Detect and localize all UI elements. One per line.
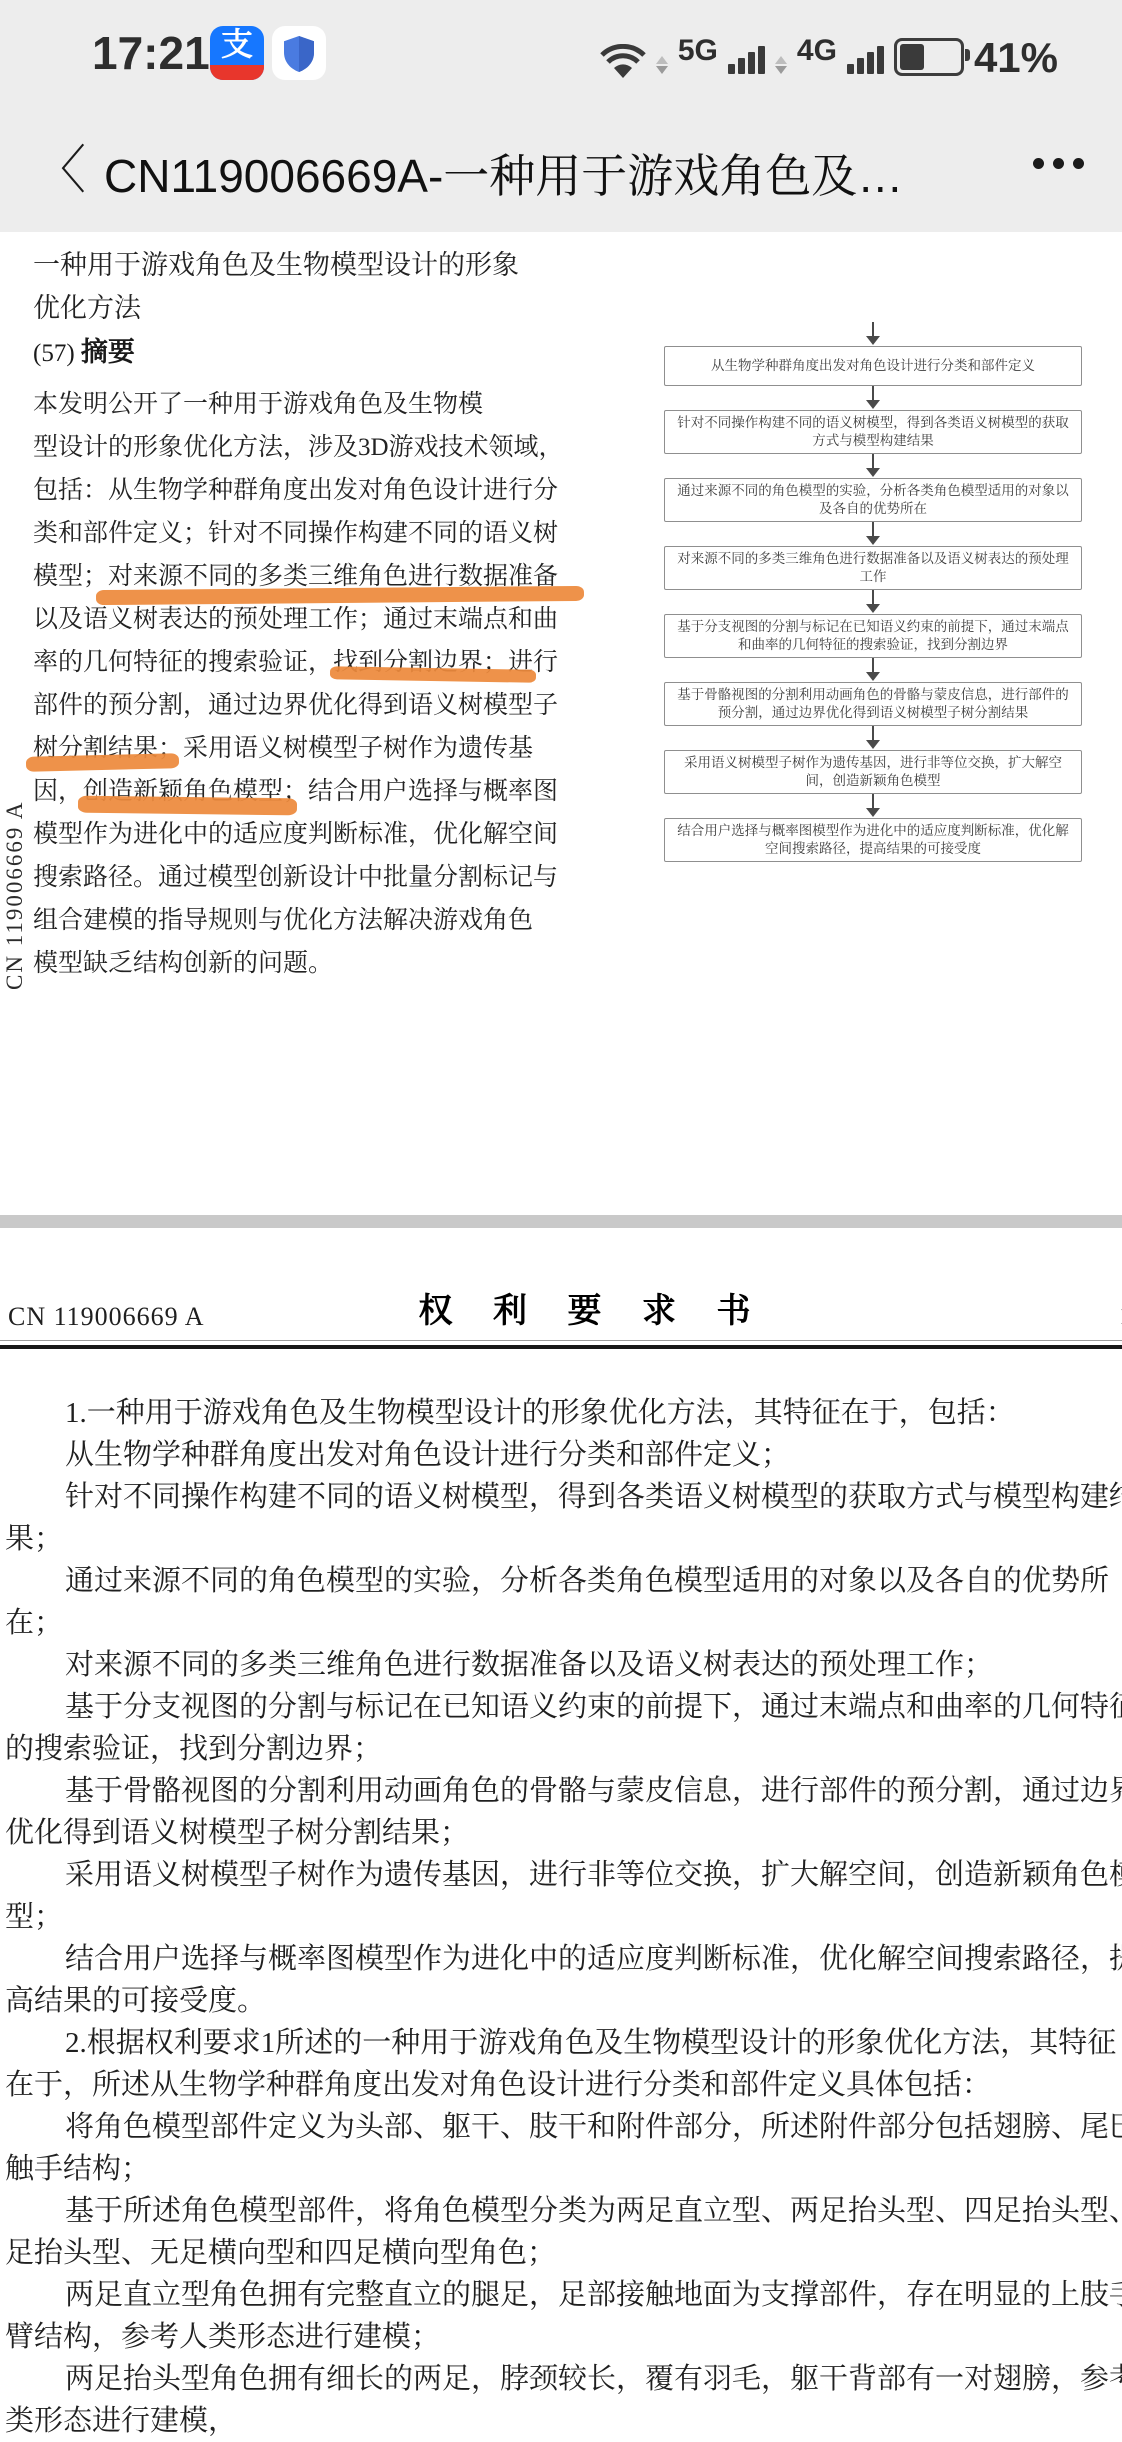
shield-glyph (281, 34, 317, 74)
header-rule-thick (0, 1345, 1122, 1349)
abstract-text-line: 型设计的形象优化方法，涉及3D游戏技术领域， (33, 426, 593, 469)
publication-number-sidebar: CN 119006669 A (2, 795, 28, 990)
flowchart-down-arrow-icon (866, 590, 880, 614)
abstract-text-line: 组合建模的指导规则与优化方法解决游戏角色 (33, 899, 593, 942)
abstract-column: 一种用于游戏角色及生物模型设计的形象优化方法 (57) 摘要 本发明公开了一种用… (33, 244, 593, 985)
claims-text-line: 臂结构，参考人类形态进行建模； (5, 2316, 1122, 2358)
more-menu-button[interactable] (1033, 158, 1084, 169)
abstract-section-number: (57) (33, 340, 75, 367)
screenshot-root: { "status_bar": { "time": "17:21", "labe… (0, 0, 1122, 2442)
claims-text-line: 1.一种用于游戏角色及生物模型设计的形象优化方法，其特征在于，包括： (5, 1392, 1122, 1434)
network-5g-label: 5G (678, 34, 718, 68)
battery-percent-text: 41% (974, 34, 1058, 82)
signal-bars-4g-icon (847, 46, 884, 74)
claims-text-line: 从生物学种群角度出发对角色设计进行分类和部件定义； (5, 1434, 1122, 1476)
claims-text-line: 通过来源不同的角色模型的实验，分析各类角色模型适用的对象以及各自的优势所 (5, 1560, 1122, 1602)
abstract-text-line: 包括：从生物学种群角度出发对角色设计进行分 (33, 469, 593, 512)
claims-text-line: 在于，所述从生物学种群角度出发对角色设计进行分类和部件定义具体包括： (5, 2064, 1122, 2106)
flowchart-step: 采用语义树模型子树作为遗传基因，进行非等位交换，扩大解空间，创造新颖角色模型 (664, 726, 1082, 794)
flowchart-step-box: 针对不同操作构建不同的语义树模型，得到各类语义树模型的获取方式与模型构建结果 (664, 410, 1082, 454)
flowchart-down-arrow-icon (866, 322, 880, 346)
abstract-section-title: 摘要 (81, 337, 135, 367)
status-right-cluster: 5G 4G 41% (600, 24, 1058, 84)
header-rule-thin (0, 1340, 1122, 1341)
method-flowchart: 从生物学种群角度出发对角色设计进行分类和部件定义 针对不同操作构建不同的语义树模… (664, 322, 1082, 862)
mobile-traffic-arrows-icon (775, 56, 787, 74)
patent-claims-page[interactable]: CN 119006669 A 权 利 要 求 书 1/3 页 1.一种用于游戏角… (0, 1228, 1122, 2442)
highlight-stroke-novel-model (78, 796, 297, 816)
claims-text-line: 触手结构； (5, 2148, 1122, 2190)
abstract-text: 本发明公开了一种用于游戏角色及生物模型设计的形象优化方法，涉及3D游戏技术领域，… (33, 383, 593, 985)
flowchart-step-box: 基于骨骼视图的分割利用动画角色的骨骼与蒙皮信息，进行部件的预分割，通过边界优化得… (664, 682, 1082, 726)
claims-text-line: 型； (5, 1896, 1122, 1938)
flowchart-step-box: 从生物学种群角度出发对角色设计进行分类和部件定义 (664, 346, 1082, 386)
claims-text-line: 基于所述角色模型部件，将角色模型分类为两足直立型、两足抬头型、四足抬头型、多 (5, 2190, 1122, 2232)
security-shield-icon (272, 26, 326, 80)
app-nav-bar: 〈 CN119006669A-一种用于游戏角色及… (0, 118, 1122, 232)
alipay-notification-icon: 支 (210, 26, 264, 80)
flowchart-step: 结合用户选择与概率图模型作为进化中的适应度判断标准，优化解空间搜索路径，提高结果… (664, 794, 1082, 862)
invention-title-line: 一种用于游戏角色及生物模型设计的形象 (33, 244, 593, 287)
abstract-text-line: 本发明公开了一种用于游戏角色及生物模 (33, 383, 593, 426)
claims-text-line: 对来源不同的多类三维角色进行数据准备以及语义树表达的预处理工作； (5, 1644, 1122, 1686)
patent-front-page[interactable]: 一种用于游戏角色及生物模型设计的形象优化方法 (57) 摘要 本发明公开了一种用… (0, 232, 1122, 1215)
flowchart-down-arrow-icon (866, 522, 880, 546)
claims-text-line: 基于分支视图的分割与标记在已知语义约束的前提下，通过末端点和曲率的几何特征 (5, 1686, 1122, 1728)
wifi-icon (600, 44, 646, 84)
battery-fill (900, 44, 924, 70)
clock-text: 17:21 (92, 26, 210, 80)
page-separator (0, 1215, 1122, 1228)
claims-text-line: 高结果的可接受度。 (5, 1980, 1122, 2022)
wifi-traffic-arrows-icon (656, 56, 668, 74)
claims-text-line: 两足抬头型角色拥有细长的两足，脖颈较长，覆有羽毛，躯干背部有一对翅膀，参考鸟 (5, 2358, 1122, 2400)
claims-text: 1.一种用于游戏角色及生物模型设计的形象优化方法，其特征在于，包括：从生物学种群… (5, 1392, 1122, 2442)
claims-text-line: 足抬头型、无足横向型和四足横向型角色； (5, 2232, 1122, 2274)
flowchart-step: 基于分支视图的分割与标记在已知语义约束的前提下，通过末端点和曲率的几何特征的搜索… (664, 590, 1082, 658)
flowchart-down-arrow-icon (866, 726, 880, 750)
document-title: CN119006669A-一种用于游戏角色及… (104, 140, 984, 206)
flowchart-step: 对来源不同的多类三维角色进行数据准备以及语义树表达的预处理工作 (664, 522, 1082, 590)
claims-text-line: 结合用户选择与概率图模型作为进化中的适应度判断标准，优化解空间搜索路径，提 (5, 1938, 1122, 1980)
claims-text-line: 在； (5, 1602, 1122, 1644)
claims-text-line: 优化得到语义树模型子树分割结果； (5, 1812, 1122, 1854)
flowchart-down-arrow-icon (866, 386, 880, 410)
abstract-section-label: (57) 摘要 (33, 330, 593, 376)
battery-icon (894, 38, 964, 76)
claims-text-line: 2.根据权利要求1所述的一种用于游戏角色及生物模型设计的形象优化方法，其特征 (5, 2022, 1122, 2064)
claims-text-line: 的搜索验证，找到分割边界； (5, 1728, 1122, 1770)
abstract-text-line: 模型作为进化中的适应度判断标准，优化解空间 (33, 813, 593, 856)
flowchart-down-arrow-icon (866, 454, 880, 478)
flowchart-down-arrow-icon (866, 658, 880, 682)
abstract-text-line: 部件的预分割，通过边界优化得到语义树模型子 (33, 684, 593, 727)
invention-title-line: 优化方法 (33, 287, 593, 330)
abstract-text-line: 模型缺乏结构创新的问题。 (33, 942, 593, 985)
flowchart-step: 针对不同操作构建不同的语义树模型，得到各类语义树模型的获取方式与模型构建结果 (664, 386, 1082, 454)
flowchart-step-box: 结合用户选择与概率图模型作为进化中的适应度判断标准，优化解空间搜索路径，提高结果… (664, 818, 1082, 862)
claims-text-line: 类形态进行建模， (5, 2400, 1122, 2442)
battery-tip (965, 49, 970, 61)
invention-title: 一种用于游戏角色及生物模型设计的形象优化方法 (33, 244, 593, 330)
claims-text-line: 两足直立型角色拥有完整直立的腿足，足部接触地面为支撑部件，存在明显的上肢手 (5, 2274, 1122, 2316)
claims-text-line: 将角色模型部件定义为头部、躯干、肢干和附件部分，所述附件部分包括翅膀、尾巴和 (5, 2106, 1122, 2148)
signal-bars-5g-icon (728, 46, 765, 74)
alipay-glyph: 支 (210, 26, 264, 64)
claims-title: 权 利 要 求 书 (0, 1283, 1122, 1332)
abstract-text-line: 搜索路径。通过模型创新设计中批量分割标记与 (33, 856, 593, 899)
claims-text-line: 基于骨骼视图的分割利用动画角色的骨骼与蒙皮信息，进行部件的预分割，通过边界 (5, 1770, 1122, 1812)
claims-text-line: 采用语义树模型子树作为遗传基因，进行非等位交换，扩大解空间，创造新颖角色模 (5, 1854, 1122, 1896)
flowchart-down-arrow-icon (866, 794, 880, 818)
claims-text-line: 针对不同操作构建不同的语义树模型，得到各类语义树模型的获取方式与模型构建结 (5, 1476, 1122, 1518)
flowchart-step: 通过来源不同的角色模型的实验，分析各类角色模型适用的对象以及各自的优势所在 (664, 454, 1082, 522)
flowchart-step-box: 通过来源不同的角色模型的实验，分析各类角色模型适用的对象以及各自的优势所在 (664, 478, 1082, 522)
abstract-text-line: 类和部件定义；针对不同操作构建不同的语义树 (33, 512, 593, 555)
alipay-ribbon (210, 65, 264, 80)
claims-page-header: CN 119006669 A 权 利 要 求 书 1/3 页 (0, 1286, 1122, 1332)
flowchart-step-box: 采用语义树模型子树作为遗传基因，进行非等位交换，扩大解空间，创造新颖角色模型 (664, 750, 1082, 794)
claims-text-line: 果； (5, 1518, 1122, 1560)
status-bar: 17:21 支 5G 4G (0, 0, 1122, 118)
back-button[interactable]: 〈 (30, 136, 90, 206)
flowchart-step: 基于骨骼视图的分割利用动画角色的骨骼与蒙皮信息，进行部件的预分割，通过边界优化得… (664, 658, 1082, 726)
flowchart-step-box: 对来源不同的多类三维角色进行数据准备以及语义树表达的预处理工作 (664, 546, 1082, 590)
flowchart-step-box: 基于分支视图的分割与标记在已知语义约束的前提下，通过末端点和曲率的几何特征的搜索… (664, 614, 1082, 658)
network-4g-label: 4G (797, 34, 837, 68)
phone-chrome: 17:21 支 5G 4G (0, 0, 1122, 232)
flowchart-step: 从生物学种群角度出发对角色设计进行分类和部件定义 (664, 322, 1082, 386)
